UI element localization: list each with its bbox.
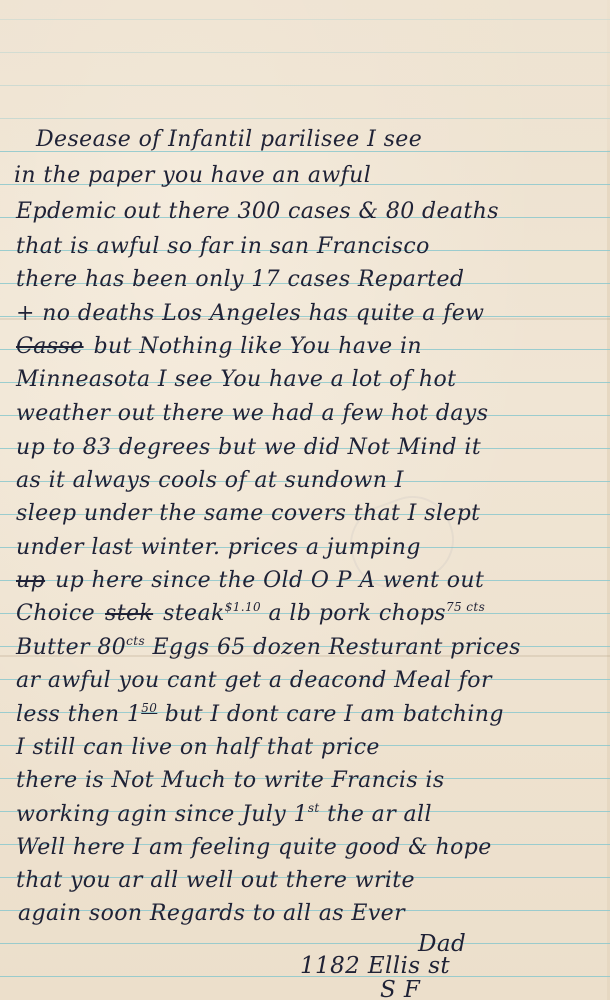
letter-line-6: + no deaths Los Angeles has quite a few [16,302,484,326]
price-superscript: cts [126,634,145,648]
letter-line-12: sleep under the same covers that I slept [16,502,480,526]
price-superscript: $1.10 [225,600,261,614]
letter-line-7: Cassebut Nothing like You have in [16,335,422,359]
letter-page: Desease of Infantil parilisee I see in t… [0,0,610,1000]
letter-line-18: less then 150 but I dont care I am batch… [16,703,504,727]
letter-line-22: Well here I am feeling quite good & hope [16,836,492,860]
ordinal-superscript: st [308,801,320,815]
letter-line-24: again soon Regards to all as Ever [18,902,405,926]
letter-line-9: weather out there we had a few hot days [16,402,488,426]
letter-line-10: up to 83 degrees but we did Not Mind it [16,436,481,460]
price-superscript: 75 cts [446,600,485,614]
letter-line-11: as it always cools of at sundown I [16,469,404,493]
letter-line-2: in the paper you have an awful [14,164,371,188]
letter-line-14: upup here since the Old O P A went out [16,569,484,593]
letter-line-23: that you ar all well out there write [16,869,415,893]
crossed-out-word: stek [105,601,153,626]
letter-line-3: Epdemic out there 300 cases & 80 deaths [16,200,499,224]
crossed-out-word: Casse [16,334,84,359]
letter-line-1: Desease of Infantil parilisee I see [36,128,422,152]
crossed-out-word: up [16,568,45,593]
letter-line-15: Choicesteksteak$1.10 a lb pork chops75 c… [16,602,485,626]
letter-line-16: Butter 80cts Eggs 65 dozen Resturant pri… [16,636,521,660]
letter-line-19: I still can live on half that price [16,736,380,760]
letter-line-8: Minneasota I see You have a lot of hot [16,368,456,392]
letter-line-4: that is awful so far in san Francisco [16,235,430,259]
signature-address-city: S F [380,978,420,1000]
letter-line-21: working agin since July 1st the ar all [16,803,432,827]
underlined-price: 50 [141,701,157,715]
letter-line-13: under last winter. prices a jumping [16,536,421,560]
letter-line-5: there has been only 17 cases Reparted [16,268,464,292]
letter-line-17: ar awful you cant get a deacond Meal for [16,669,492,693]
signature-address-street: 1182 Ellis st [300,954,450,978]
letter-line-20: there is Not Much to write Francis is [16,769,445,793]
